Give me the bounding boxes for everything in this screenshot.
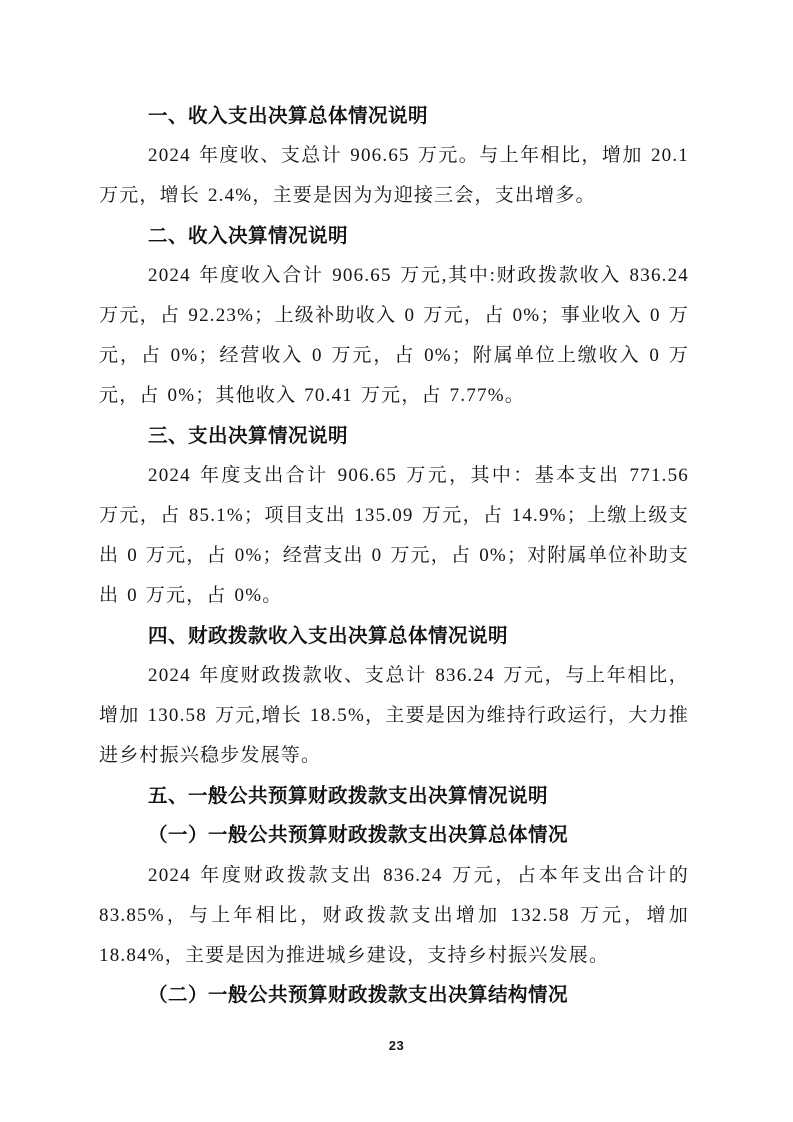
section-1-paragraph-total-budget-summary: 2024 年度收、支总计 906.65 万元。与上年相比，增加 20.1 万元，… [99, 136, 689, 216]
section-5-sub-1-heading: （一）一般公共预算财政拨款支出决算总体情况 [99, 816, 689, 856]
section-3-heading: 三、支出决算情况说明 [99, 416, 689, 456]
section-1-heading: 一、收入支出决算总体情况说明 [99, 96, 689, 136]
section-2-heading: 二、收入决算情况说明 [99, 216, 689, 256]
section-2-paragraph-income-detail: 2024 年度收入合计 906.65 万元,其中:财政拨款收入 836.24 万… [99, 256, 689, 416]
section-4-paragraph-fiscal-appropriation-summary: 2024 年度财政拨款收、支总计 836.24 万元，与上年相比，增加 130.… [99, 656, 689, 776]
section-5-heading: 五、一般公共预算财政拨款支出决算情况说明 [99, 776, 689, 816]
section-3-paragraph-expense-detail: 2024 年度支出合计 906.65 万元，其中：基本支出 771.56 万元，… [99, 456, 689, 616]
section-4-heading: 四、财政拨款收入支出决算总体情况说明 [99, 616, 689, 656]
section-5-sub-1-paragraph-appropriation-expense: 2024 年度财政拨款支出 836.24 万元，占本年支出合计的 83.85%，… [99, 856, 689, 976]
section-5-sub-2-heading: （二）一般公共预算财政拨款支出决算结构情况 [99, 976, 689, 1016]
document-content: 一、收入支出决算总体情况说明 2024 年度收、支总计 906.65 万元。与上… [99, 96, 689, 1016]
page-number: 23 [0, 1038, 793, 1053]
document-page: 一、收入支出决算总体情况说明 2024 年度收、支总计 906.65 万元。与上… [0, 0, 793, 1122]
